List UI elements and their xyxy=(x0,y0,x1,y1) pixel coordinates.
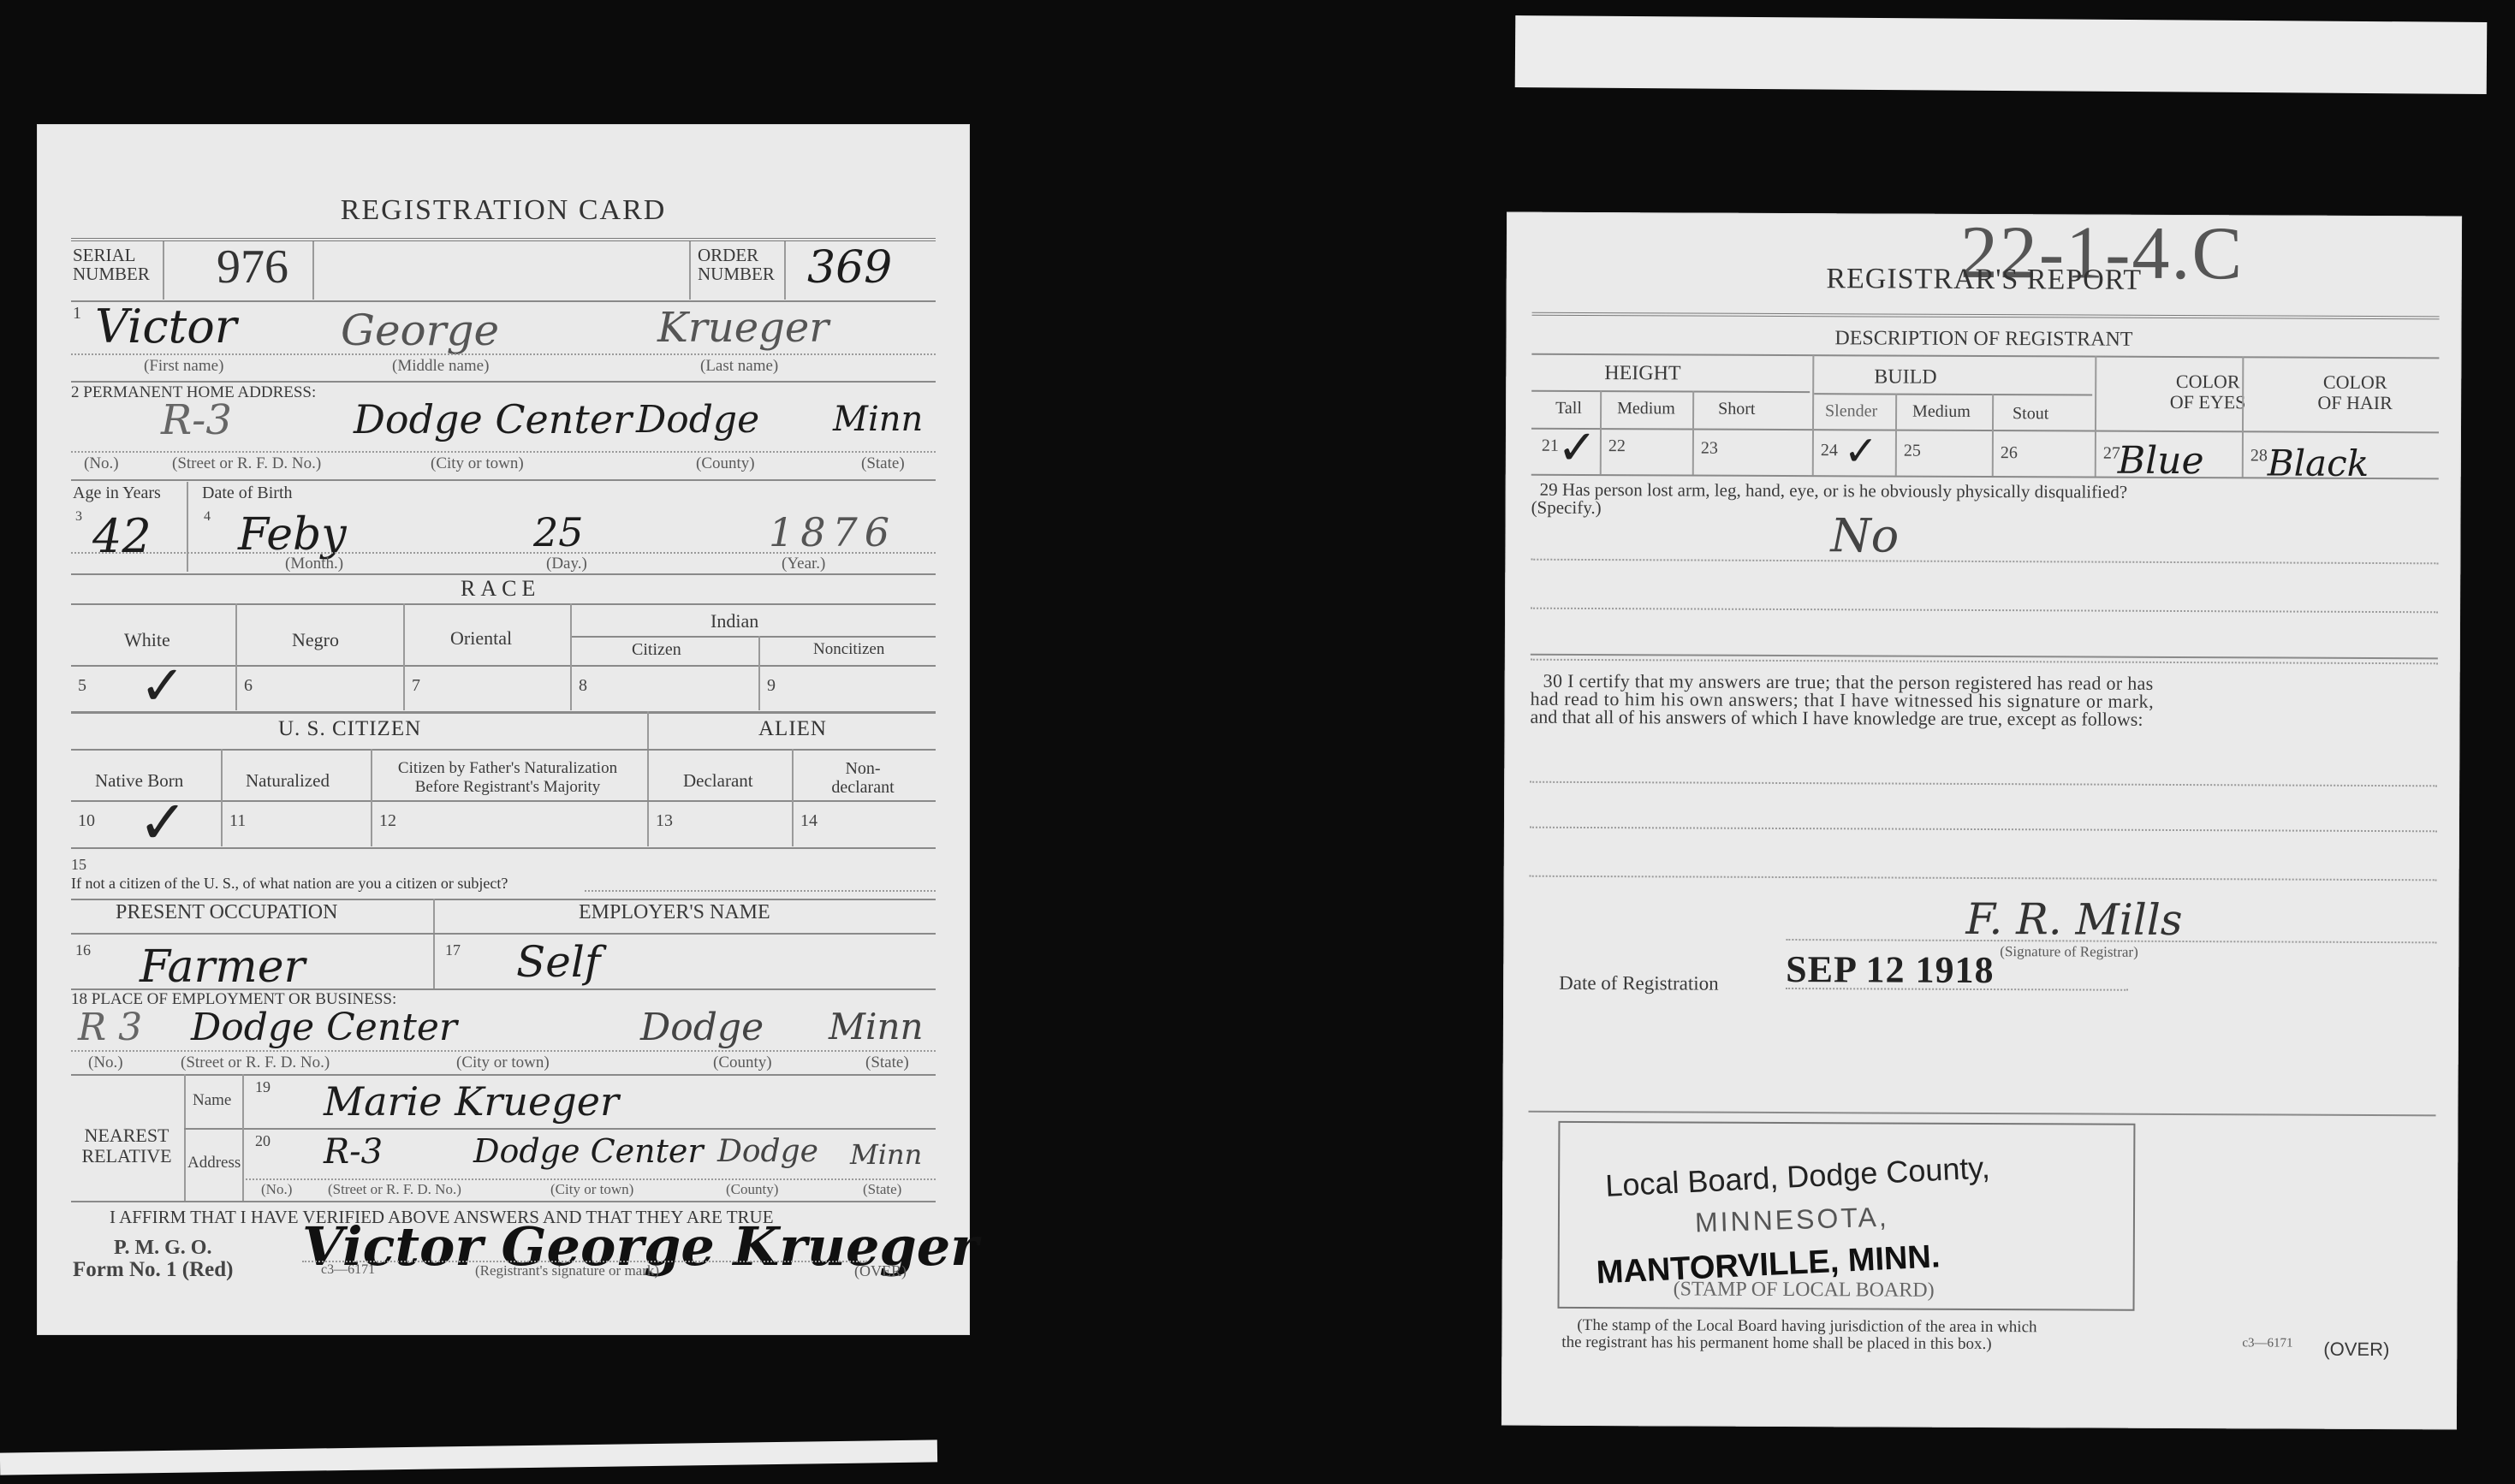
divider xyxy=(184,1128,936,1130)
divider xyxy=(2095,356,2097,477)
field-number: 16 xyxy=(75,941,91,959)
age-label: Age in Years xyxy=(73,484,161,503)
print-code: c3—6171 xyxy=(2242,1336,2292,1350)
divider xyxy=(71,711,936,714)
divider xyxy=(570,636,936,638)
relative-name: Marie Krueger xyxy=(324,1078,619,1125)
relative-state: Minn xyxy=(850,1138,922,1171)
local-board-stamp-line2: MINNESOTA, xyxy=(1694,1202,1889,1239)
race-white-checkmark: ✓ xyxy=(140,655,186,718)
race-negro-label: Negro xyxy=(292,629,339,651)
name-line xyxy=(71,353,936,355)
street-caption: (Street or R. F. D. No.) xyxy=(181,1054,330,1072)
citizen-by-father-label: Citizen by Father's Naturalization Befor… xyxy=(371,759,645,797)
state-caption: (State) xyxy=(865,1054,909,1072)
divider xyxy=(792,749,794,846)
divider xyxy=(71,800,936,802)
divider xyxy=(71,603,936,605)
field-number: 26 xyxy=(2001,443,2018,463)
field-number: 17 xyxy=(445,941,461,959)
field-number: 1 xyxy=(73,304,81,324)
dob-year: 1876 xyxy=(769,509,896,555)
divider xyxy=(1532,312,2440,320)
race-oriental-label: Oriental xyxy=(450,627,512,650)
race-indian-label: Indian xyxy=(711,610,758,632)
divider xyxy=(71,238,936,241)
relative-city: Dodge Center xyxy=(473,1132,704,1170)
divider xyxy=(71,479,936,481)
field-number: 24 xyxy=(1821,441,1838,460)
divider xyxy=(235,603,237,710)
divider xyxy=(1529,1111,2436,1117)
divider xyxy=(371,749,372,846)
field-number: 19 xyxy=(255,1078,271,1096)
height-tall-checkmark: ✓ xyxy=(1557,420,1597,476)
alien-heading: ALIEN xyxy=(758,717,827,741)
employer: Self xyxy=(516,937,600,987)
over-label: (OVER) xyxy=(854,1262,907,1280)
relative-address-label: Address xyxy=(187,1154,241,1172)
build-heading: BUILD xyxy=(1874,365,1936,389)
year-caption: (Year.) xyxy=(782,555,825,573)
employment-street: R 3 xyxy=(78,1006,142,1049)
race-indian-citizen-label: Citizen xyxy=(632,640,681,660)
bottom-paper-strip xyxy=(0,1439,937,1475)
first-name: Victor xyxy=(95,300,237,353)
registrar-signature-caption: (Signature of Registrar) xyxy=(2000,943,2138,961)
street-caption: (Street or R. F. D. No.) xyxy=(172,454,321,473)
divider xyxy=(1814,393,2092,395)
address-line xyxy=(71,1050,936,1052)
dob-line xyxy=(71,552,936,554)
field-number: 8 xyxy=(579,676,587,696)
pmgo-label: P. M. G. O. xyxy=(114,1237,211,1260)
street-caption: (Street or R. F. D. No.) xyxy=(328,1181,461,1198)
date-of-registration-label: Date of Registration xyxy=(1559,972,1719,995)
divider xyxy=(71,1201,936,1202)
address-line xyxy=(71,451,936,453)
stamp-note-line2: the registrant has his permanent home sh… xyxy=(1561,1333,1991,1354)
city-caption: (City or town) xyxy=(431,454,524,473)
us-citizen-heading: U. S. CITIZEN xyxy=(278,717,421,741)
build-medium-label: Medium xyxy=(1912,402,1971,422)
divider xyxy=(71,933,936,935)
field-number: 15 xyxy=(71,856,86,874)
employment-state: Minn xyxy=(829,1006,924,1048)
registration-date-stamp: SEP 12 1918 xyxy=(1786,947,1995,992)
naturalized-label: Naturalized xyxy=(246,770,330,792)
divider xyxy=(1812,354,1815,475)
answer-line xyxy=(585,890,936,892)
field-number: 9 xyxy=(767,676,776,696)
middle-name: George xyxy=(341,306,499,355)
divider xyxy=(689,241,691,300)
employer-heading: EMPLOYER'S NAME xyxy=(579,901,770,924)
order-number: 369 xyxy=(807,242,892,294)
divider xyxy=(71,749,936,751)
physical-disqualification-answer: No xyxy=(1830,508,1899,562)
eye-color-heading: COLOR OF EYES xyxy=(2143,371,2272,413)
field-number: 5 xyxy=(78,676,86,696)
divider xyxy=(647,711,649,846)
age: 42 xyxy=(92,509,152,563)
height-medium-label: Medium xyxy=(1617,399,1675,418)
description-heading: DESCRIPTION OF REGISTRANT xyxy=(1506,326,2461,353)
divider xyxy=(71,573,936,575)
divider xyxy=(71,847,936,849)
occupation: Farmer xyxy=(140,941,305,993)
field-number: 6 xyxy=(244,676,253,696)
divider xyxy=(2242,356,2244,477)
order-number-label: ORDER NUMBER xyxy=(698,246,775,283)
divider xyxy=(403,603,405,710)
month-caption: (Month.) xyxy=(285,555,343,573)
field-number: 10 xyxy=(78,811,95,831)
home-county: Dodge xyxy=(636,398,759,442)
dob-label: Date of Birth xyxy=(202,484,293,503)
nearest-relative-label: NEAREST RELATIVE xyxy=(71,1125,182,1166)
county-caption: (County) xyxy=(713,1054,772,1072)
relative-county: Dodge xyxy=(717,1134,818,1169)
divider xyxy=(242,1074,244,1201)
divider xyxy=(1895,394,1897,476)
divider xyxy=(312,241,314,300)
answer-line xyxy=(1531,559,2438,565)
top-paper-strip xyxy=(1515,15,2488,94)
exception-line xyxy=(1530,827,2437,833)
non-declarant-label: Non- declarant xyxy=(790,759,936,797)
divider xyxy=(1531,428,2439,434)
specify-label: (Specify.) xyxy=(1531,497,1602,519)
field-number: 3 xyxy=(75,509,82,525)
over-label: (OVER) xyxy=(2323,1339,2389,1361)
dob-day: 25 xyxy=(533,509,584,555)
height-tall-label: Tall xyxy=(1555,399,1582,418)
first-name-caption: (First name) xyxy=(144,357,223,376)
relative-street: R-3 xyxy=(324,1132,383,1172)
declarant-label: Declarant xyxy=(683,770,753,792)
hair-color-heading: COLOR OF HAIR xyxy=(2286,372,2423,414)
county-caption: (County) xyxy=(696,454,755,473)
exception-line xyxy=(1530,876,2437,881)
divider xyxy=(221,749,223,846)
field-number: 7 xyxy=(412,676,420,696)
registration-card: REGISTRATION CARD SERIAL NUMBER 976 ORDE… xyxy=(37,124,970,1335)
registration-card-title: REGISTRATION CARD xyxy=(37,194,970,227)
city-caption: (City or town) xyxy=(550,1181,633,1198)
divider xyxy=(71,665,936,667)
divider xyxy=(1531,390,1810,393)
divider xyxy=(433,899,435,988)
home-state: Minn xyxy=(833,400,923,439)
registrars-report-title: REGISTRAR'S REPORT xyxy=(1507,262,2462,299)
employment-city: Dodge Center xyxy=(191,1006,457,1049)
registrars-report-card: 22-1-4.C REGISTRAR'S REPORT DESCRIPTION … xyxy=(1501,212,2462,1430)
build-slender-checkmark: ✓ xyxy=(1844,427,1878,475)
divider xyxy=(1992,394,1994,476)
form-number-label: Form No. 1 (Red) xyxy=(73,1258,233,1282)
race-indian-noncitizen-label: Noncitizen xyxy=(813,640,884,659)
occupation-heading: PRESENT OCCUPATION xyxy=(116,901,337,924)
divider xyxy=(1531,659,2438,665)
field-number: 23 xyxy=(1701,439,1718,459)
relative-name-label: Name xyxy=(193,1091,231,1110)
employment-county: Dodge xyxy=(640,1006,764,1049)
divider xyxy=(570,603,572,710)
field-number: 14 xyxy=(800,811,818,831)
divider xyxy=(784,241,786,300)
last-name: Krueger xyxy=(657,304,829,352)
field-number: 22 xyxy=(1608,436,1626,456)
last-name-caption: (Last name) xyxy=(700,357,778,376)
day-caption: (Day.) xyxy=(546,555,587,573)
no-caption: (No.) xyxy=(84,454,119,473)
field-number: 13 xyxy=(656,811,673,831)
serial-number-label: SERIAL NUMBER xyxy=(73,246,150,283)
divider xyxy=(71,899,936,900)
address-line xyxy=(242,1178,936,1180)
race-heading: RACE xyxy=(461,576,540,602)
stamp-box-caption: (STAMP OF LOCAL BOARD) xyxy=(1674,1278,1935,1302)
height-short-label: Short xyxy=(1718,400,1755,419)
divider xyxy=(1531,654,2438,660)
no-caption: (No.) xyxy=(88,1054,123,1072)
physical-disqualification-question: 29 Has person lost arm, leg, hand, eye, … xyxy=(1540,479,2128,503)
field-number: 20 xyxy=(255,1132,271,1150)
field-number: 28 xyxy=(2250,446,2268,466)
divider xyxy=(1600,390,1602,474)
divider xyxy=(163,241,164,300)
field-number: 25 xyxy=(1904,442,1921,461)
race-white-label: White xyxy=(124,629,170,651)
serial-number: 976 xyxy=(217,240,288,294)
answer-line xyxy=(1531,608,2438,614)
divider xyxy=(71,1074,936,1076)
home-street: R-3 xyxy=(161,396,232,444)
build-stout-label: Stout xyxy=(2013,404,2048,424)
divider xyxy=(184,1074,186,1201)
exception-line xyxy=(1530,781,2437,787)
divider xyxy=(71,381,936,383)
divider xyxy=(758,636,760,710)
field-number: 11 xyxy=(229,811,246,831)
divider xyxy=(1531,353,2439,359)
signature-caption: (Registrant's signature or mark) xyxy=(475,1262,659,1279)
county-caption: (County) xyxy=(726,1181,778,1198)
no-caption: (No.) xyxy=(261,1181,292,1198)
height-heading: HEIGHT xyxy=(1604,362,1680,385)
certification-text-line3: and that all of his answers of which I h… xyxy=(1530,706,2143,731)
divider xyxy=(187,482,188,572)
field-number: 12 xyxy=(379,811,396,831)
registrar-signature: F. R. Mills xyxy=(1965,894,2182,945)
state-caption: (State) xyxy=(861,454,905,473)
home-city: Dodge Center xyxy=(354,396,632,442)
citizenship-question: If not a citizen of the U. S., of what n… xyxy=(71,875,508,893)
city-caption: (City or town) xyxy=(456,1054,550,1072)
state-caption: (State) xyxy=(863,1181,901,1198)
middle-name-caption: (Middle name) xyxy=(392,357,489,376)
build-slender-label: Slender xyxy=(1825,401,1877,421)
divider xyxy=(1692,391,1694,475)
field-number: 4 xyxy=(204,509,211,525)
